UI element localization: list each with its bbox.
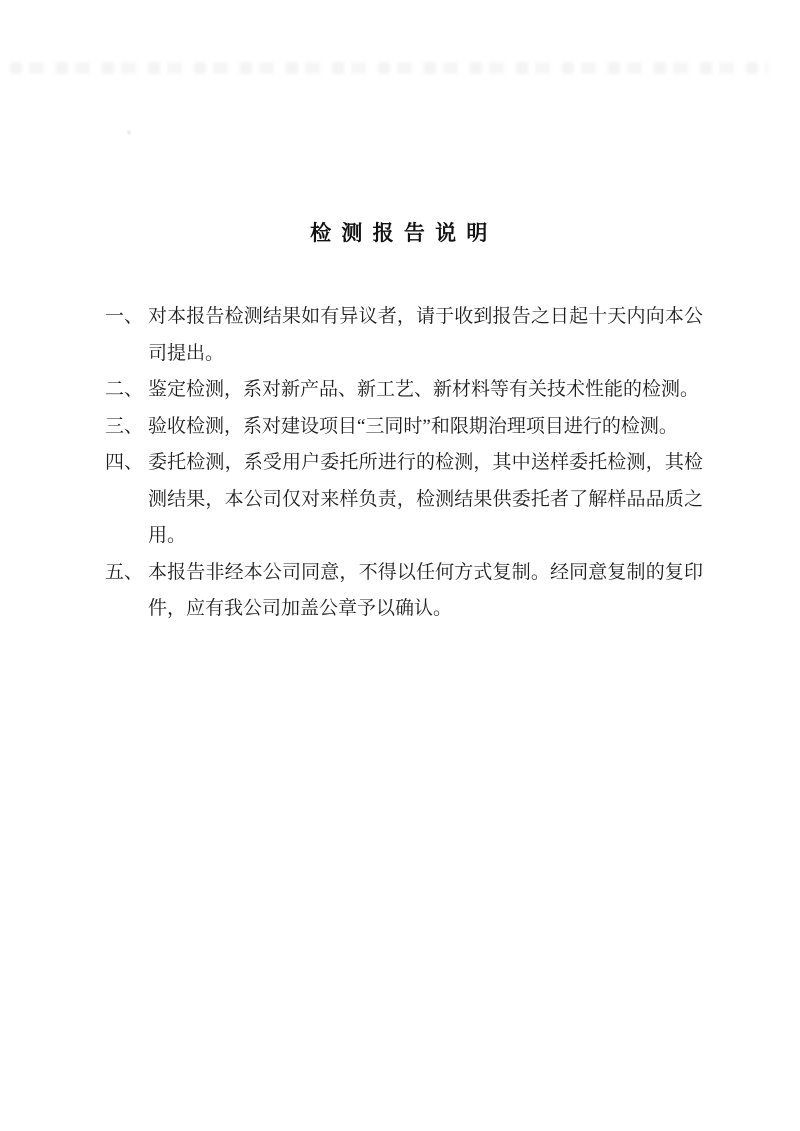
- list-item: 三、 验收检测，系对建设项目“三同时”和限期治理项目进行的检测。: [105, 409, 703, 446]
- list-item: 二、 鉴定检测，系对新产品、新工艺、新材料等有关技术性能的检测。: [105, 372, 703, 409]
- item-number: 五、: [105, 555, 148, 592]
- item-text: 本报告非经本公司同意，不得以任何方式复制。经同意复制的复印件，应有我公司加盖公章…: [148, 555, 703, 628]
- list-item: 四、 委托检测，系受用户委托所进行的检测，其中送样委托检测，其检测结果，本公司仅…: [105, 445, 703, 555]
- notes-list: 一、 对本报告检测结果如有异议者，请于收到报告之日起十天内向本公司提出。 二、 …: [0, 299, 800, 628]
- item-number: 四、: [105, 445, 148, 482]
- item-number: 一、: [105, 299, 148, 336]
- scanned-document-page: 检 测 报 告 说 明 一、 对本报告检测结果如有异议者，请于收到报告之日起十天…: [0, 0, 800, 1131]
- item-number: 二、: [105, 372, 148, 409]
- item-text: 鉴定检测，系对新产品、新工艺、新材料等有关技术性能的检测。: [148, 372, 703, 409]
- list-item: 五、 本报告非经本公司同意，不得以任何方式复制。经同意复制的复印件，应有我公司加…: [105, 555, 703, 628]
- item-text: 对本报告检测结果如有异议者，请于收到报告之日起十天内向本公司提出。: [148, 299, 703, 372]
- item-text: 验收检测，系对建设项目“三同时”和限期治理项目进行的检测。: [148, 409, 703, 446]
- bleed-through-artifact: [10, 62, 768, 74]
- scan-speck: [127, 130, 131, 135]
- item-number: 三、: [105, 409, 148, 446]
- list-item: 一、 对本报告检测结果如有异议者，请于收到报告之日起十天内向本公司提出。: [105, 299, 703, 372]
- page-title: 检 测 报 告 说 明: [0, 0, 800, 244]
- item-text: 委托检测，系受用户委托所进行的检测，其中送样委托检测，其检测结果，本公司仅对来样…: [148, 445, 703, 555]
